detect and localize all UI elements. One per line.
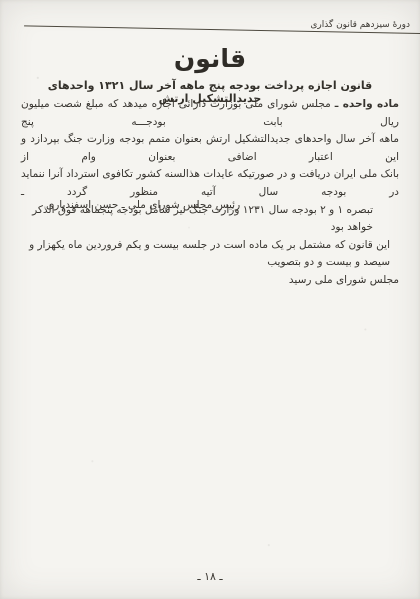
- speaker-signature: رئیس مجلس شورای ملی ـ حسن اسفندیاری: [46, 199, 240, 211]
- closing-line: مجلس شورای ملی رسید: [21, 272, 399, 290]
- page-title: قانون: [0, 44, 420, 73]
- page-number: ـ ۱۸ ـ: [0, 570, 420, 583]
- article-label: ماده واحده ـ: [335, 98, 399, 110]
- law-body: ماده واحده ـ مجلس شورای ملی بوزارت دارائ…: [21, 96, 399, 290]
- scanned-law-page: دورهٔ سیزدهم قانون گذاری قانون قانون اجا…: [0, 0, 420, 599]
- article-line: بانک ملی ایران دریافت و در صورتیکه عایدا…: [21, 166, 399, 201]
- article-line: ماده واحده ـ مجلس شورای ملی بوزارت دارائ…: [21, 96, 399, 131]
- article-line: ماهه آخر سال واحدهای جدیدالتشکیل ارتش بع…: [21, 131, 399, 166]
- closing-line: این قانون که مشتمل بر یک ماده است در جلس…: [21, 237, 399, 272]
